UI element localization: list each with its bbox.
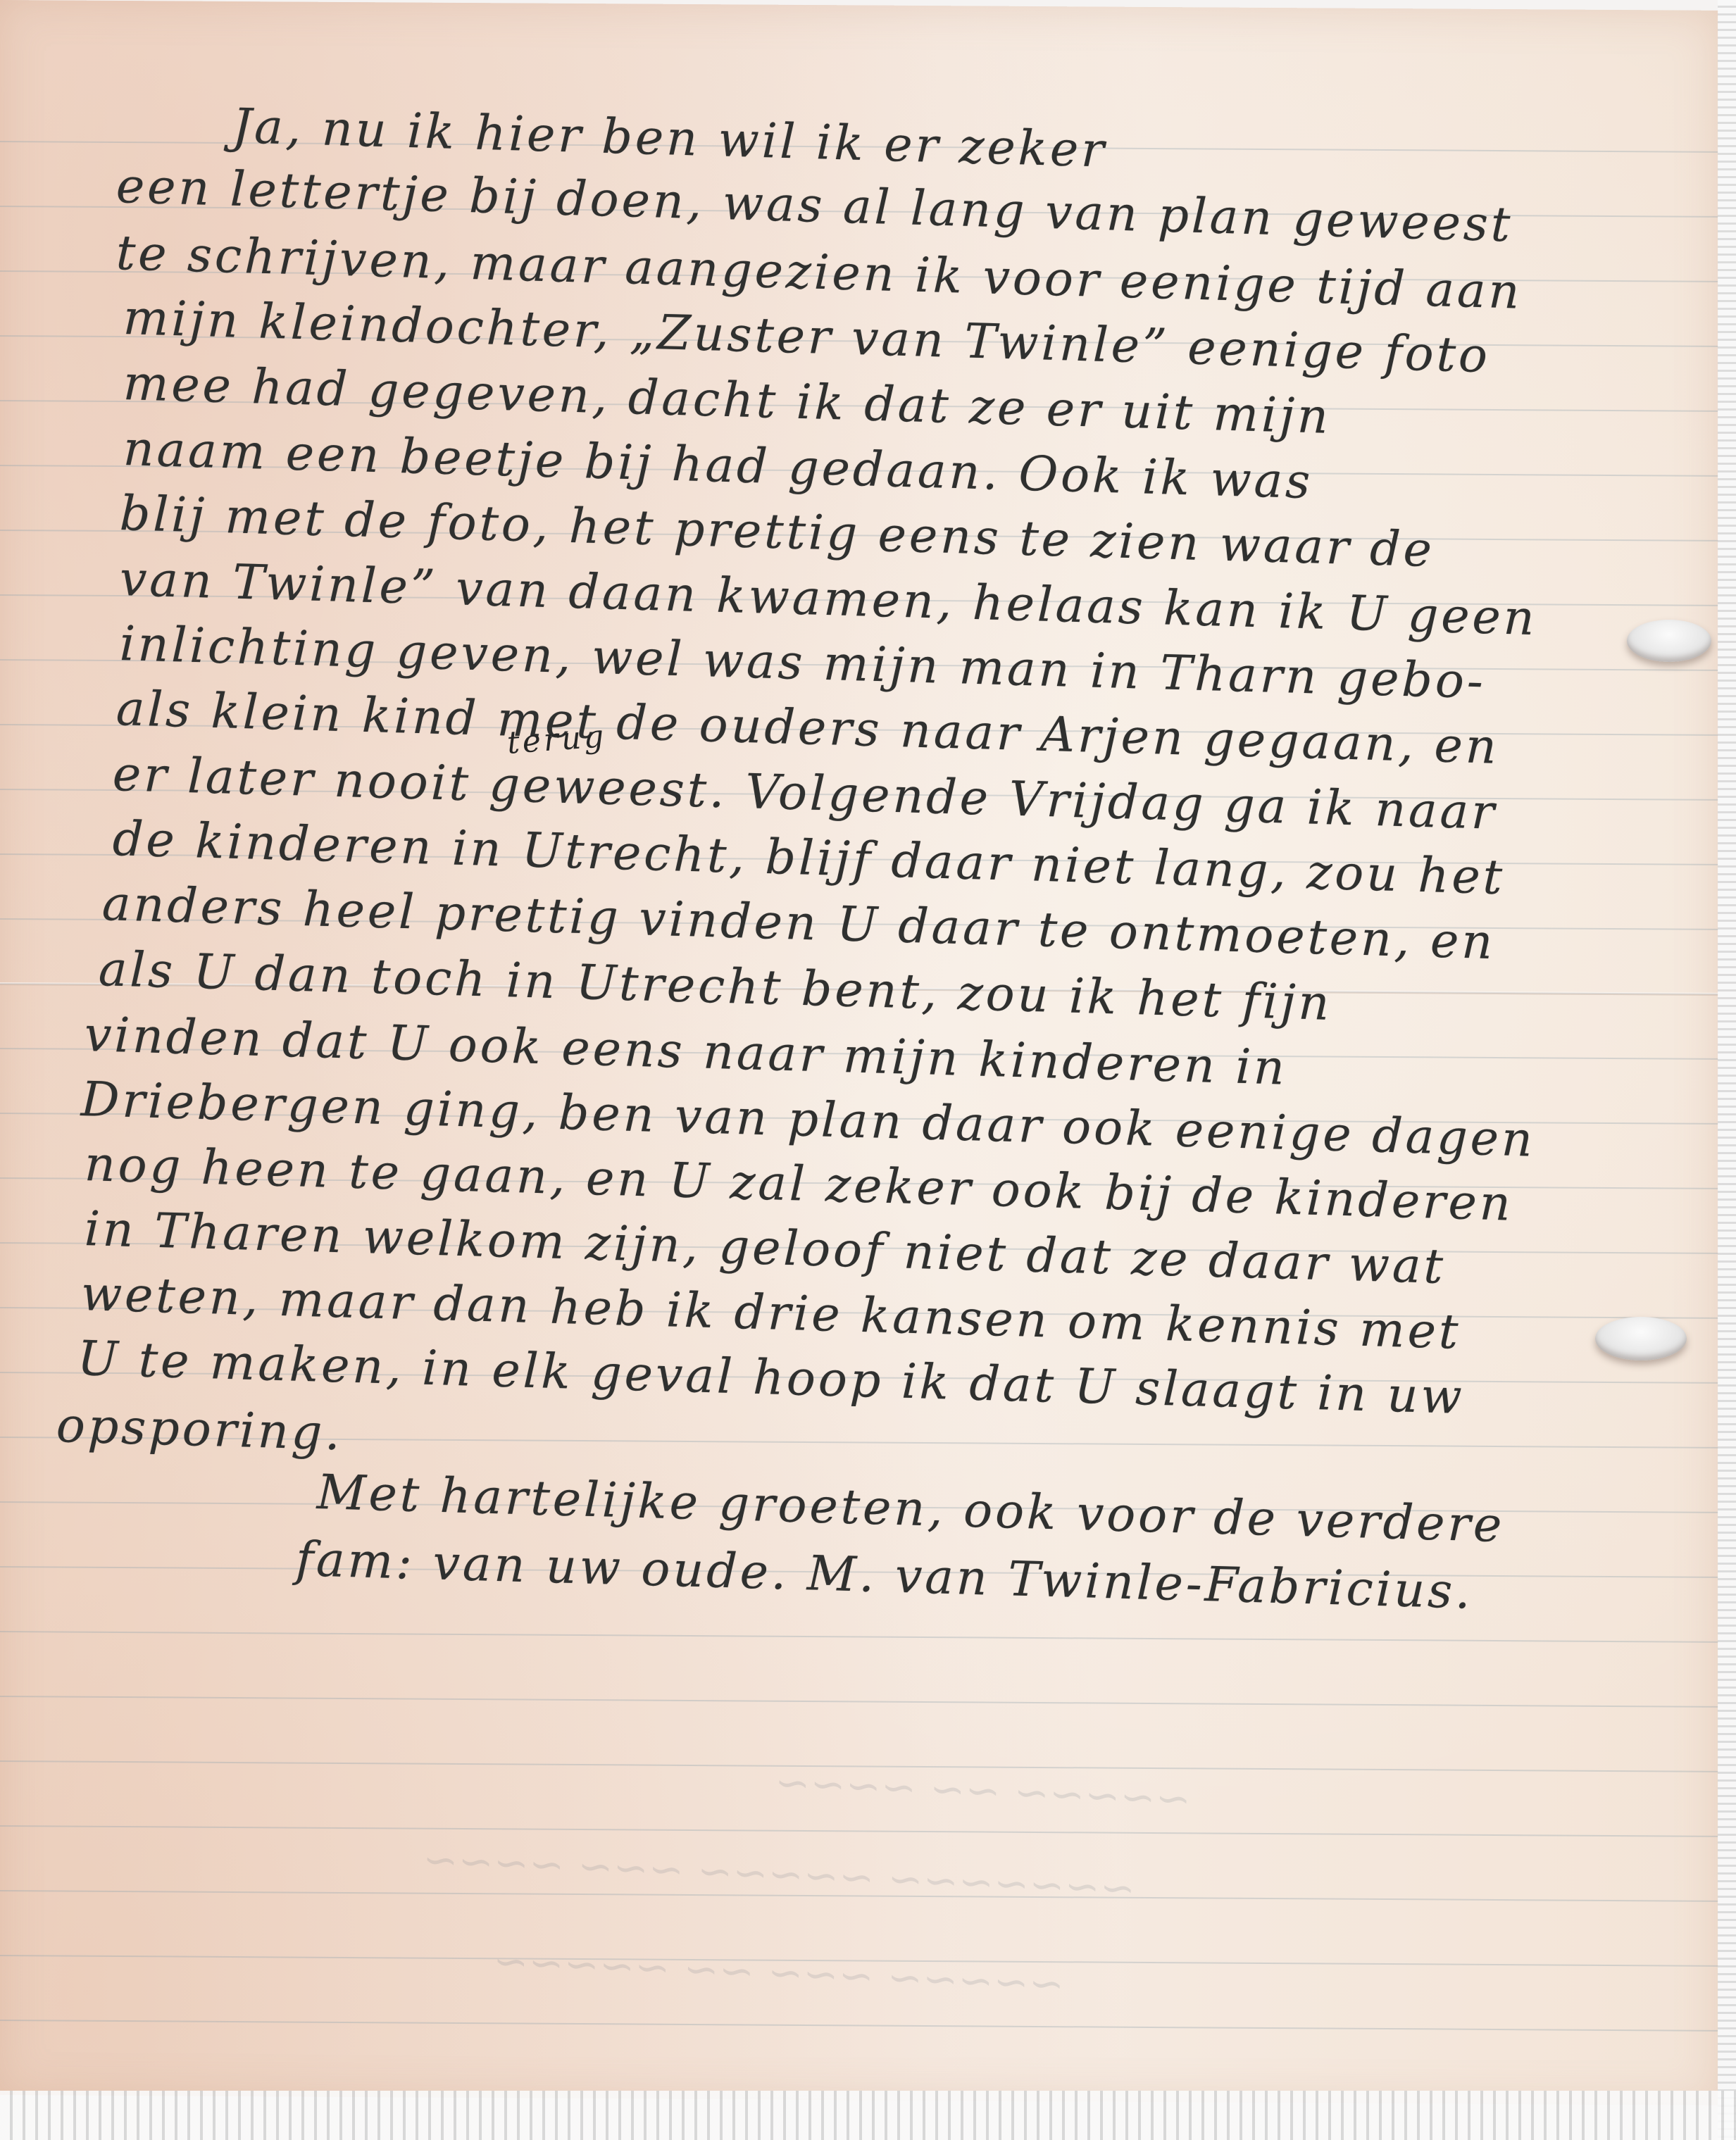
bleed-through-text: ~~~~~~~ ~~~~~ ~~~ ~~~~ [422, 1835, 1136, 1913]
punch-hole [1595, 1317, 1687, 1360]
letter-line: opsporing. [56, 1398, 344, 1461]
ruled-line [0, 1825, 1718, 1837]
handwritten-insertion: terug [506, 718, 607, 761]
sleeve-edge-right [1718, 0, 1736, 2140]
ruled-line [0, 1631, 1718, 1643]
sleeve-edge-bottom [0, 2091, 1736, 2140]
ruled-line [0, 1696, 1718, 1708]
punch-hole [1627, 620, 1711, 662]
ruled-line [0, 2020, 1718, 2032]
bleed-through-text: ~~~~~ ~~~ ~~ ~~~~~ [492, 1936, 1065, 2009]
